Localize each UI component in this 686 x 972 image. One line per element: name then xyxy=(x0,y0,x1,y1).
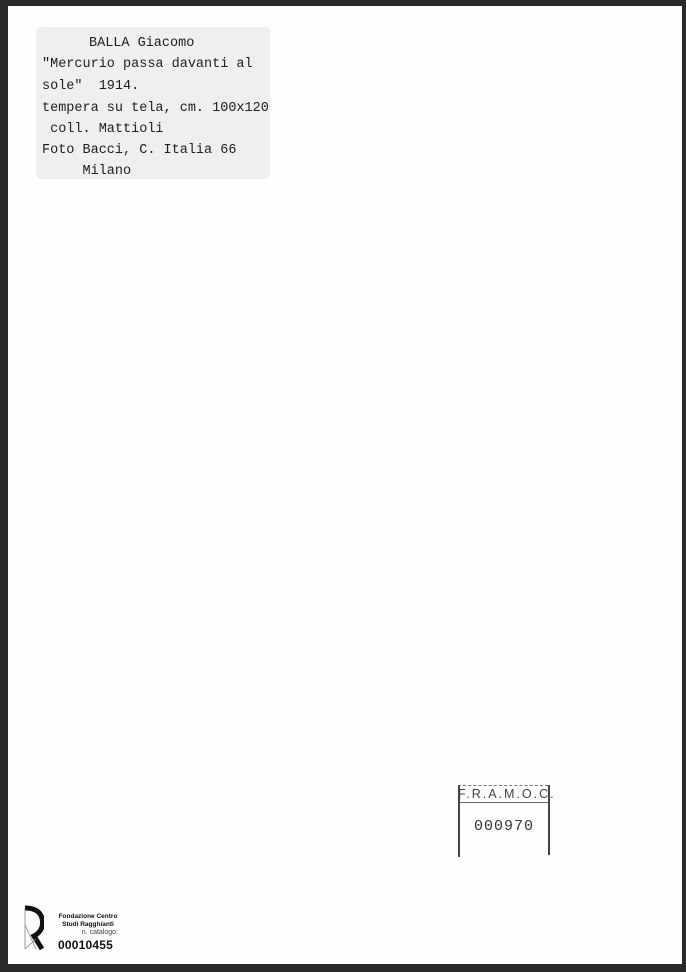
stamp-number: 000970 xyxy=(458,818,550,835)
stamp-header: F.R.A.M.O.C. xyxy=(458,785,548,803)
collection: coll. Mattioli xyxy=(42,119,164,141)
typed-label-card: BALLA Giacomo "Mercurio passa davanti al… xyxy=(36,27,270,179)
medium-dimensions: tempera su tela, cm. 100x120 xyxy=(42,98,269,120)
photo-city: Milano xyxy=(42,161,131,183)
photo-credit: Foto Bacci, C. Italia 66 xyxy=(42,140,236,162)
raggianti-r-logo-icon xyxy=(22,905,44,951)
catalog-label: Fondazione Centro Studi Ragghianti n. ca… xyxy=(8,899,128,957)
organization-name: Fondazione Centro Studi Ragghianti xyxy=(52,913,124,929)
artwork-title-line2: sole" 1914. xyxy=(42,76,139,98)
archive-stamp: F.R.A.M.O.C. 000970 xyxy=(458,785,550,857)
catalog-number: 00010455 xyxy=(58,938,113,952)
catalog-number-label: n. catalogo: xyxy=(52,929,118,936)
photo-back-sheet: BALLA Giacomo "Mercurio passa davanti al… xyxy=(8,6,682,964)
artwork-title-line1: "Mercurio passa davanti al xyxy=(42,54,253,76)
artist-name: BALLA Giacomo xyxy=(89,33,194,55)
